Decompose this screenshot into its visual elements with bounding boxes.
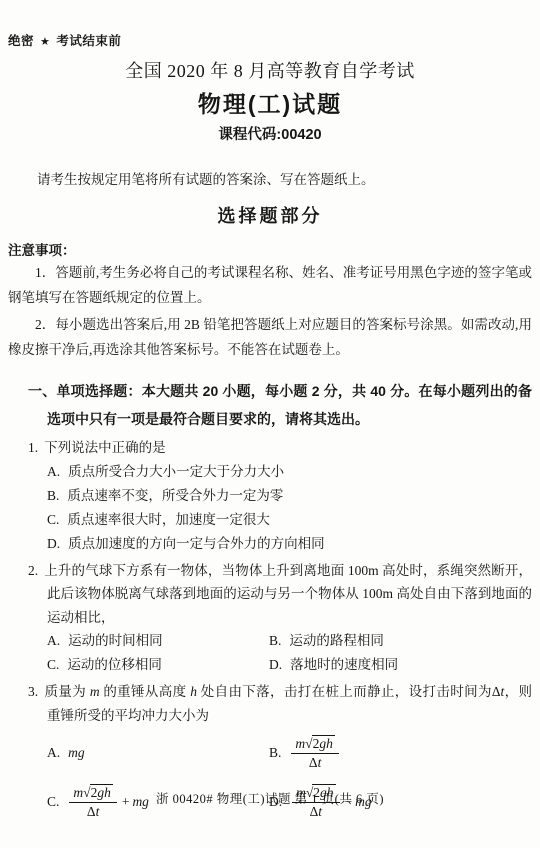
notice-item-1: 1．答题前,考生务必将自己的考试课程名称、姓名、准考证号用黑色字迹的签字笔或钢笔… [8, 261, 532, 311]
option-label: A. [47, 633, 60, 648]
option-text: 运动的路程相同 [289, 633, 384, 648]
option-b: B. m√2gh Δt [269, 736, 540, 771]
part-one-heading: 一、单项选择题：本大题共 20 小题，每小题 2 分，共 40 分。在每小题列出… [28, 377, 532, 433]
option-a: A.质点所受合力大小一定大于分力大小 [47, 460, 540, 484]
math-delta-symbol: Δ [492, 684, 501, 699]
option-text: 运动的时间相同 [68, 633, 163, 648]
question-number: 3. [28, 684, 38, 699]
option-a: A.运动的时间相同 [47, 629, 269, 653]
option-label: B. [269, 633, 281, 648]
option-text: 落地时的速度相同 [290, 657, 398, 672]
question-stem: 2.上升的气球下方系有一物体，当物体上升到离地面 100m 高处时，系绳突然断开… [28, 559, 532, 630]
section-title: 选择题部分 [0, 202, 540, 228]
exam-phase-label: 考试结束前 [56, 34, 121, 48]
question-number: 1. [28, 440, 38, 455]
option-c: C.运动的位移相同 [47, 653, 269, 677]
fraction-denominator: Δt [291, 753, 338, 771]
page-footer: 浙 00420# 物理(工)试题 第 1 页(共 6 页) [0, 789, 540, 807]
question-stem: 1.下列说法中正确的是 [28, 436, 532, 460]
option-text: 质点速率很大时，加速度一定很大 [67, 512, 270, 527]
option-text: 运动的位移相同 [67, 657, 162, 672]
stem-text: 质量为 [44, 684, 90, 699]
question-stem-text: 上升的气球下方系有一物体，当物体上升到离地面 100m 高处时，系绳突然断开，此… [44, 563, 532, 625]
option-label: D. [269, 657, 282, 672]
options-grid: A.mg B. m√2gh Δt C. m√2gh Δt +mg D. [47, 736, 540, 820]
stem-text: 处自由下落，击打在桩上而静止，设打击时间为 [197, 684, 492, 699]
secrecy-label: 绝密 [8, 34, 34, 48]
question-stem-text: 下列说法中正确的是 [44, 440, 166, 455]
option-b: B.质点速率不变，所受合外力一定为零 [47, 484, 540, 508]
radicand-vars: gh [319, 736, 333, 751]
math-fraction: m√2gh Δt [291, 736, 338, 771]
option-b: B.运动的路程相同 [269, 629, 540, 653]
option-label: A. [47, 745, 60, 761]
paper-title: 物理(工)试题 [0, 86, 540, 119]
option-c: C.质点速率很大时，加速度一定很大 [47, 508, 540, 532]
option-text: 质点速率不变，所受合外力一定为零 [67, 488, 283, 503]
question-1: 1.下列说法中正确的是 A.质点所受合力大小一定大于分力大小 B.质点速率不变，… [0, 436, 540, 556]
stem-text: 的重锤从高度 [100, 684, 191, 699]
option-label: C. [47, 657, 59, 672]
option-d: D.落地时的速度相同 [269, 653, 540, 677]
course-code-value: 00420 [281, 127, 321, 143]
option-label: A. [47, 464, 60, 479]
exam-paper-page: 绝密★考试结束前 全国 2020 年 8 月高等教育自学考试 物理(工)试题 课… [0, 0, 540, 848]
option-label: B. [269, 745, 281, 761]
course-code-label: 课程代码: [218, 127, 281, 143]
fraction-numerator: m√2gh [291, 736, 338, 753]
exam-name: 全国 2020 年 8 月高等教育自学考试 [0, 57, 540, 83]
math-var-m: m [295, 736, 305, 751]
notice-heading: 注意事项： [8, 239, 540, 259]
option-a: A.mg [47, 745, 269, 761]
math-var-h: h [190, 684, 197, 699]
options-grid: A.运动的时间相同 B.运动的路程相同 C.运动的位移相同 D.落地时的速度相同 [47, 629, 540, 677]
answer-sheet-instruction: 请考生按规定用笔将所有试题的答案涂、写在答题纸上。 [10, 168, 530, 188]
option-text: 质点所受合力大小一定大于分力大小 [68, 464, 284, 479]
question-number: 2. [28, 563, 38, 578]
math-delta-symbol: Δ [309, 755, 318, 770]
course-code: 课程代码:00420 [0, 123, 540, 144]
star-icon: ★ [40, 36, 50, 48]
question-2: 2.上升的气球下方系有一物体，当物体上升到离地面 100m 高处时，系绳突然断开… [0, 559, 540, 678]
square-root: √2gh [305, 736, 335, 751]
option-text: 质点加速度的方向一定与合外力的方向相同 [68, 536, 325, 551]
secrecy-banner: 绝密★考试结束前 [8, 31, 121, 49]
question-stem: 3.质量为 m 的重锤从高度 h 处自由下落，击打在桩上而静止，设打击时间为Δt… [28, 680, 532, 727]
part-heading-text: 单项选择题：本大题共 20 小题，每小题 2 分，共 40 分。在每小题列出的备… [47, 383, 532, 427]
math-var-t: t [318, 755, 322, 770]
option-label: D. [47, 536, 60, 551]
radicand: 2gh [312, 735, 335, 751]
option-label: C. [47, 512, 59, 527]
part-number: 一、 [28, 383, 56, 399]
option-label: B. [47, 488, 59, 503]
option-d: D.质点加速度的方向一定与合外力的方向相同 [47, 532, 540, 556]
notice-item-2: 2．每小题选出答案后,用 2B 铅笔把答题纸上对应题目的答案标号涂黑。如需改动,… [8, 313, 532, 363]
radical-sign: √ [305, 736, 312, 752]
math-var-m: m [90, 684, 100, 699]
formula-mg: mg [68, 745, 85, 761]
